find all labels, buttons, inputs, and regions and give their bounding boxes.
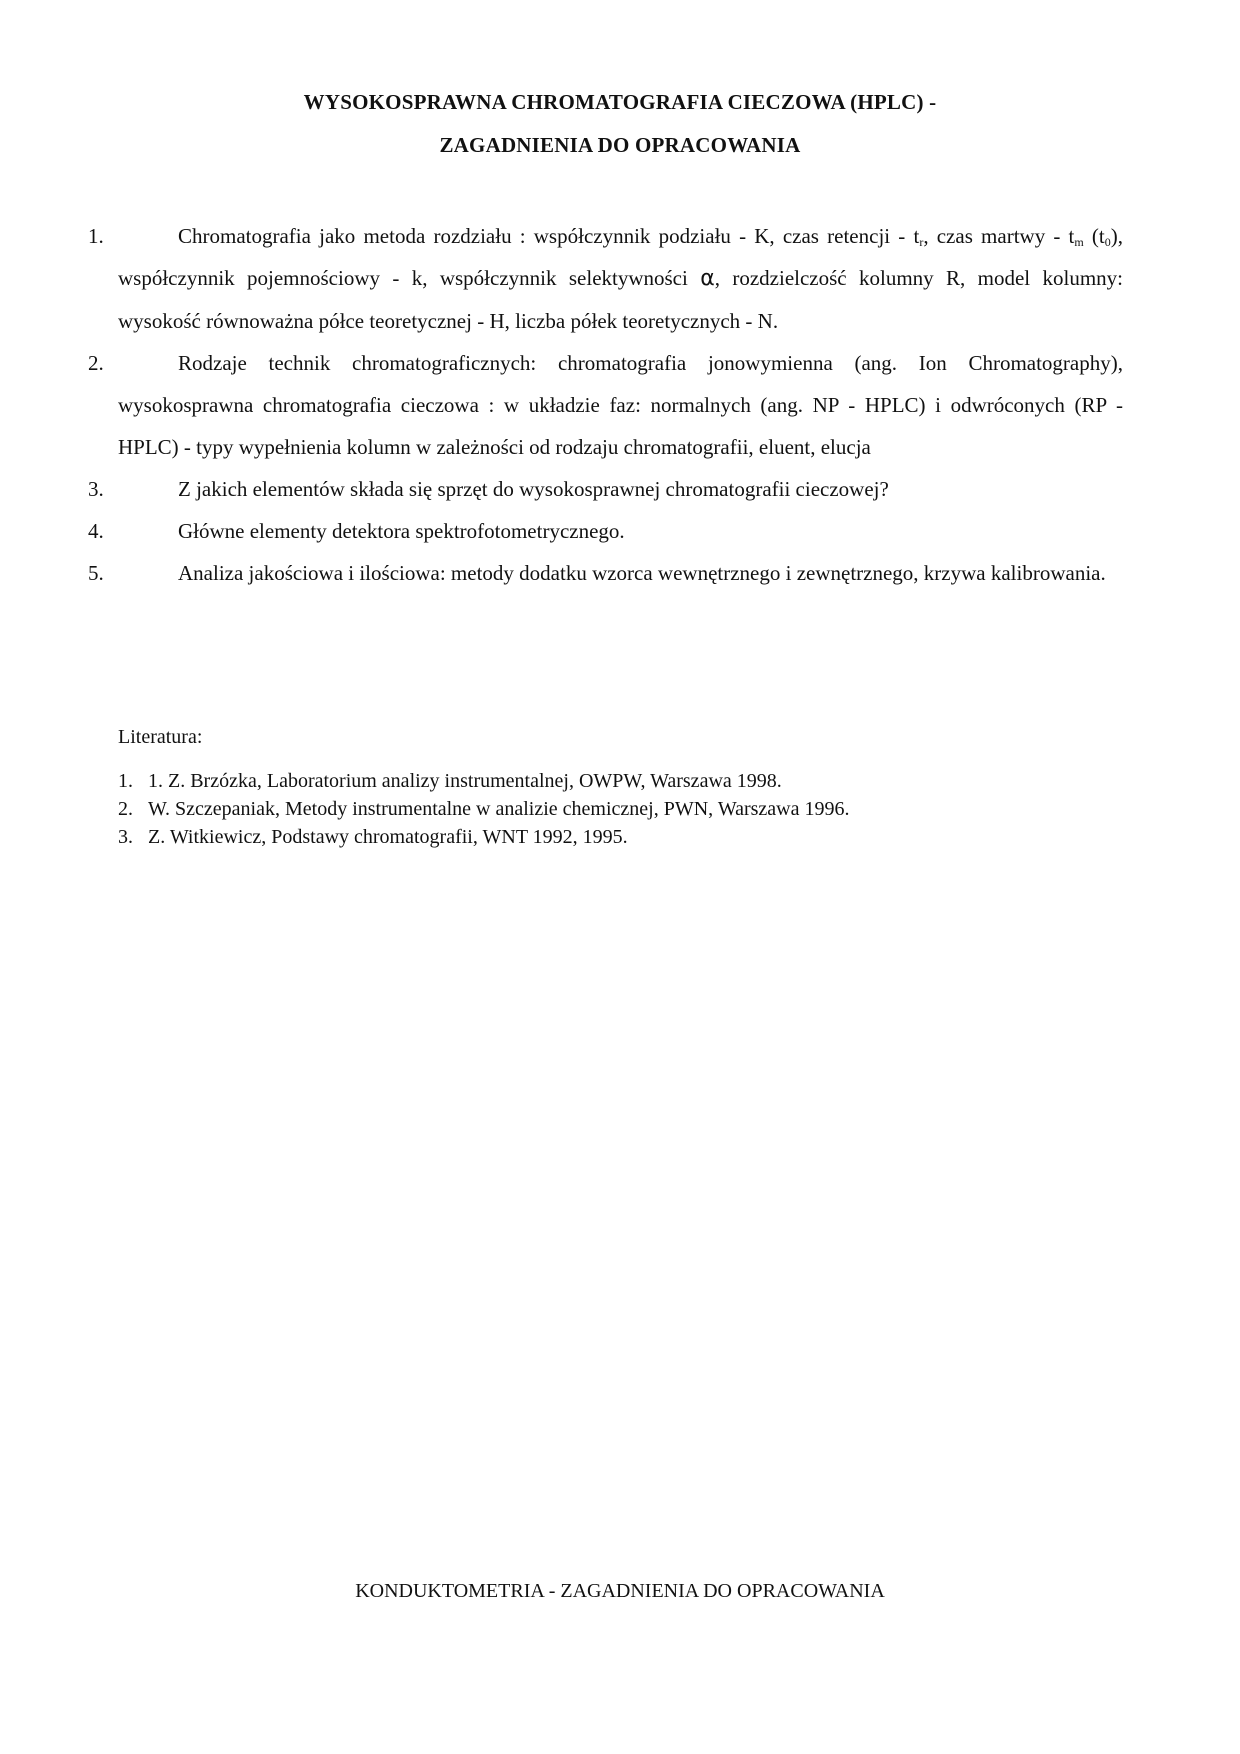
question-text: Główne elementy detektora spektrofotomet…	[88, 510, 1123, 552]
literature-list: 1. 1. Z. Brzózka, Laboratorium analizy i…	[118, 767, 849, 851]
question-text: Rodzaje technik chromatograficznych: chr…	[88, 342, 1123, 468]
literature-text: 1. Z. Brzózka, Laboratorium analizy inst…	[148, 770, 782, 792]
question-item-3: 3. Z jakich elementów składa się sprzęt …	[88, 468, 1123, 510]
question-text: Z jakich elementów składa się sprzęt do …	[88, 468, 1123, 510]
question-item-4: 4. Główne elementy detektora spektrofoto…	[88, 510, 1123, 552]
question-number: 1.	[88, 215, 118, 257]
literature-number: 3.	[118, 823, 133, 851]
questions-list: 1. Chromatografia jako metoda rozdziału …	[88, 215, 1123, 594]
question-item-1: 1. Chromatografia jako metoda rozdziału …	[88, 215, 1123, 342]
literature-item: 1. 1. Z. Brzózka, Laboratorium analizy i…	[118, 767, 849, 795]
question-number: 5.	[88, 552, 118, 594]
document-title-line-2: ZAGADNIENIA DO OPRACOWANIA	[0, 133, 1240, 158]
literature-text: Z. Witkiewicz, Podstawy chromatografii, …	[148, 826, 628, 848]
alpha-symbol: α	[700, 266, 715, 291]
question-text: Analiza jakościowa i ilościowa: metody d…	[88, 552, 1123, 594]
literature-item: 3. Z. Witkiewicz, Podstawy chromatografi…	[118, 823, 849, 851]
question-item-2: 2. Rodzaje technik chromatograficznych: …	[88, 342, 1123, 468]
literature-number: 2.	[118, 795, 133, 823]
literature-heading: Literatura:	[118, 726, 202, 749]
question-number: 3.	[88, 468, 118, 510]
question-number: 2.	[88, 342, 118, 384]
question-number: 4.	[88, 510, 118, 552]
question-item-5: 5. Analiza jakościowa i ilościowa: metod…	[88, 552, 1123, 594]
literature-item: 2. W. Szczepaniak, Metody instrumentalne…	[118, 795, 849, 823]
document-title-line-1: WYSOKOSPRAWNA CHROMATOGRAFIA CIECZOWA (H…	[0, 90, 1240, 115]
literature-text: W. Szczepaniak, Metody instrumentalne w …	[148, 798, 849, 820]
literature-number: 1.	[118, 767, 133, 795]
question-text: Chromatografia jako metoda rozdziału : w…	[88, 215, 1123, 342]
next-section-title: KONDUKTOMETRIA - ZAGADNIENIA DO OPRACOWA…	[0, 1580, 1240, 1603]
document-page: WYSOKOSPRAWNA CHROMATOGRAFIA CIECZOWA (H…	[0, 0, 1240, 1754]
